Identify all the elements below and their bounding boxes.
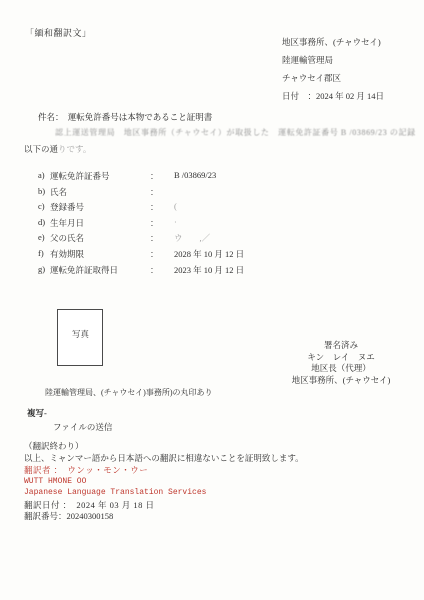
row-value: 2023 年 10 月 12 日 [174,264,398,276]
intro-head: 以下の通 [24,144,58,154]
signer-title: 地区長（代理） [278,363,404,375]
license-detail-list: a) 運転免許証番号 ： B /03869/23 b) 氏名 ： c) 登録番号… [38,170,398,279]
faded-body-line: 認上運送管理局 地区事務所（チャウセイ）が取扱した 運転免許証番号 B /038… [55,127,415,138]
row-label: 登録番号 [50,201,150,213]
detail-row-license-issue-date: g) 運転免許証取得日 ： 2023 年 10 月 12 日 [38,264,398,280]
row-colon: ： [150,186,174,198]
row-key: c) [38,201,50,211]
district-office-line: 地区事務所、(チャウセイ) [282,33,384,51]
document-title: 「緬和翻訳文」 [25,26,92,39]
row-colon: ： [150,264,174,276]
row-colon: ： [150,170,174,182]
detail-row-name: b) 氏名 ： [38,186,398,202]
bureau-line: 陸運輸管理局 [282,51,384,69]
translator-name-english: WUTT HMONE OO [24,477,86,486]
seal-note: 陸運輸管理局、(チャウセイ)事務所)の丸印あり [45,387,213,398]
row-colon: ： [150,201,174,213]
row-label: 運転免許証取得日 [50,264,150,276]
detail-row-registration-number: c) 登録番号 ： ( [38,201,398,217]
row-key: a) [38,170,50,180]
signer-name: キン レイ ヌエ [278,352,404,364]
issue-date-line: 日付 ：2024 年 02 月 14日 [282,87,384,105]
issuing-authority-block: 地区事務所、(チャウセイ) 陸運輸管理局 チャウセイ郡区 日付 ：2024 年 … [282,33,384,105]
row-label: 運転免許証番号 [50,170,150,182]
row-colon: ： [150,232,174,244]
translator-name-japanese: 翻訳者 ： ウンッ・モン・ウー [24,464,148,476]
row-key: e) [38,232,50,242]
row-value: 2028 年 10 月 12 日 [174,248,398,260]
detail-row-birthdate: d) 生年月日 ： · [38,217,398,233]
translation-end-note: （翻訳終わり） [24,440,84,452]
row-label: 氏名 [50,186,150,198]
detail-row-expiry-date: f) 有効期限 ： 2028 年 10 月 12 日 [38,248,398,264]
intro-line: 以下の通りです。 [24,143,91,155]
detail-row-license-number: a) 運転免許証番号 ： B /03869/23 [38,170,398,186]
scanned-translation-document: 「緬和翻訳文」 地区事務所、(チャウセイ) 陸運輸管理局 チャウセイ郡区 日付 … [0,0,424,600]
row-label: 生年月日 [50,217,150,229]
row-key: f) [38,248,50,258]
subject-line: 件名： 運転免許番号は本物であること証明書 [38,111,212,123]
row-label: 有効期限 [50,248,150,260]
photo-label: 写真 [72,328,89,340]
row-label: 父の氏名 [50,232,150,244]
row-colon: ： [150,248,174,260]
photo-placeholder-box: 写真 [57,309,103,366]
row-key: b) [38,186,50,196]
row-value: ( [174,201,398,211]
translation-number: 翻訳番号：20240300158 [24,510,113,522]
row-key: d) [38,217,50,227]
row-value: ウ ,／ [174,232,398,244]
signature-block: 署名済み キン レイ ヌエ 地区長（代理） 地区事務所、(チャウセイ) [278,340,404,386]
copy-item: ファイルの送信 [53,421,112,433]
signer-office: 地区事務所、(チャウセイ) [278,375,404,387]
row-value: · [174,217,398,227]
row-key: g) [38,264,50,274]
row-value: B /03869/23 [174,170,398,180]
certification-statement: 以上、ミャンマー語から日本語への翻訳に相違ないことを証明致します。 [24,452,304,464]
translation-company-name: Japanese Language Translation Services [24,488,206,497]
copy-section-label: 複写- [27,407,47,419]
row-colon: ： [150,217,174,229]
intro-tail: りです。 [58,144,91,154]
detail-row-father-name: e) 父の氏名 ： ウ ,／ [38,232,398,248]
township-line: チャウセイ郡区 [282,69,384,87]
signed-note: 署名済み [278,340,404,352]
